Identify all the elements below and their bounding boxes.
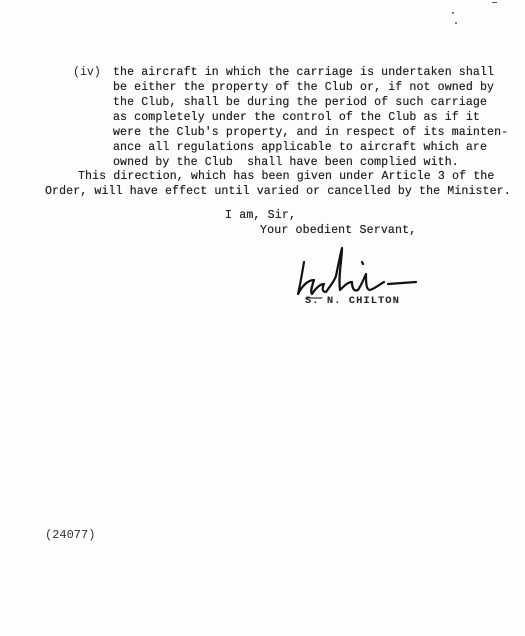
item-line: ance all regulations applicable to aircr… (113, 140, 508, 155)
item-line: be either the property of the Club or, i… (113, 80, 508, 95)
item-line: the Club, shall be during the period of … (113, 95, 508, 110)
item-line: the aircraft in which the carriage is un… (113, 65, 508, 80)
item-line: were the Club's property, and in respect… (113, 125, 508, 140)
reference-number: (24077) (45, 528, 95, 542)
salutation: I am, Sir, (225, 208, 296, 223)
item-label: (iv) (73, 65, 101, 80)
signer-name: S. N. CHILTON (305, 295, 400, 307)
scan-speck (492, 2, 497, 3)
handwritten-signature (292, 240, 422, 302)
scan-speck (455, 22, 457, 24)
item-iv-text: the aircraft in which the carriage is un… (113, 65, 508, 170)
document-page: (iv) the aircraft in which the carriage … (0, 0, 525, 636)
valediction: Your obedient Servant, (260, 223, 416, 238)
paragraph-line: Order, will have effect until varied or … (45, 184, 511, 199)
scan-speck (452, 12, 454, 14)
item-line: owned by the Club shall have been compli… (113, 155, 508, 170)
direction-paragraph: This direction, which has been given und… (45, 169, 511, 199)
item-line: as completely under the control of the C… (113, 110, 508, 125)
paragraph-line: This direction, which has been given und… (45, 169, 511, 184)
